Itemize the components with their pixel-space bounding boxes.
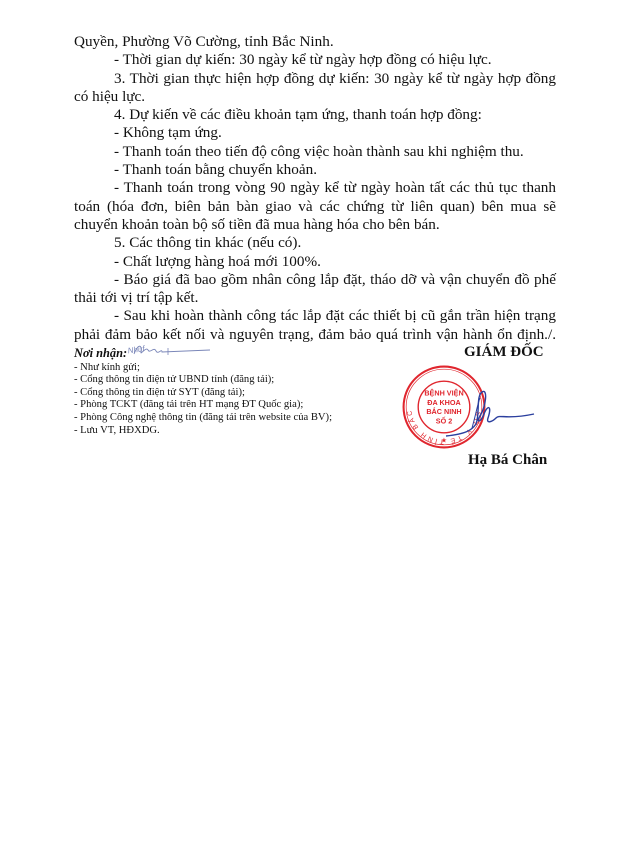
signer-name: Hạ Bá Chân — [468, 452, 547, 469]
body-paragraph: Quyền, Phường Võ Cường, tỉnh Bắc Ninh. — [74, 33, 556, 51]
recipient-item: - Như kính gửi; — [74, 362, 374, 375]
body-paragraph: - Báo giá đã bao gồm nhân công lắp đặt, … — [74, 271, 556, 308]
body-paragraph: - Thanh toán theo tiến độ công việc hoàn… — [74, 143, 556, 161]
recipient-list: - Như kính gửi;- Cổng thông tin điện tử … — [74, 362, 374, 438]
body-paragraph: - Thời gian dự kiến: 30 ngày kể từ ngày … — [74, 51, 556, 69]
body-paragraph: 3. Thời gian thực hiện hợp đồng dự kiến:… — [74, 70, 556, 107]
recipient-item: - Cổng thông tin điện tử SYT (đăng tải); — [74, 387, 374, 400]
recipient-item: - Lưu VT, HĐXDG. — [74, 425, 374, 438]
recipient-item: - Phòng TCKT (đăng tải trên HT mạng ĐT Q… — [74, 399, 374, 412]
body-paragraph: - Không tạm ứng. — [74, 124, 556, 142]
recipient-item: - Phòng Công nghệ thông tin (đăng tải tr… — [74, 412, 374, 425]
signer-block: GIÁM ĐỐC SỞ Y TẾ TỈNH BẮC NINH BỆNH VIỆN… — [396, 344, 576, 474]
recipients-block: Nơi nhận: - Như kính gửi;- Cổng thông ti… — [74, 346, 374, 437]
recipients-title: Nơi nhận: — [74, 346, 127, 360]
signer-title: GIÁM ĐỐC — [464, 344, 544, 361]
body-paragraph: 5. Các thông tin khác (nếu có). — [74, 234, 556, 252]
document-page: Quyền, Phường Võ Cường, tỉnh Bắc Ninh.- … — [0, 0, 633, 849]
body-paragraph: 4. Dự kiến về các điều khoản tạm ứng, th… — [74, 106, 556, 124]
body-paragraph: - Chất lượng hàng hoá mới 100%. — [74, 253, 556, 271]
body-paragraph: - Thanh toán bằng chuyển khoản. — [74, 161, 556, 179]
signature-icon — [436, 384, 536, 444]
document-body: Quyền, Phường Võ Cường, tỉnh Bắc Ninh.- … — [74, 33, 556, 363]
initial-scribble-icon — [132, 342, 212, 360]
body-paragraph: - Thanh toán trong vòng 90 ngày kể từ ng… — [74, 179, 556, 234]
recipient-item: - Cổng thông tin điện tử UBND tỉnh (đăng… — [74, 374, 374, 387]
